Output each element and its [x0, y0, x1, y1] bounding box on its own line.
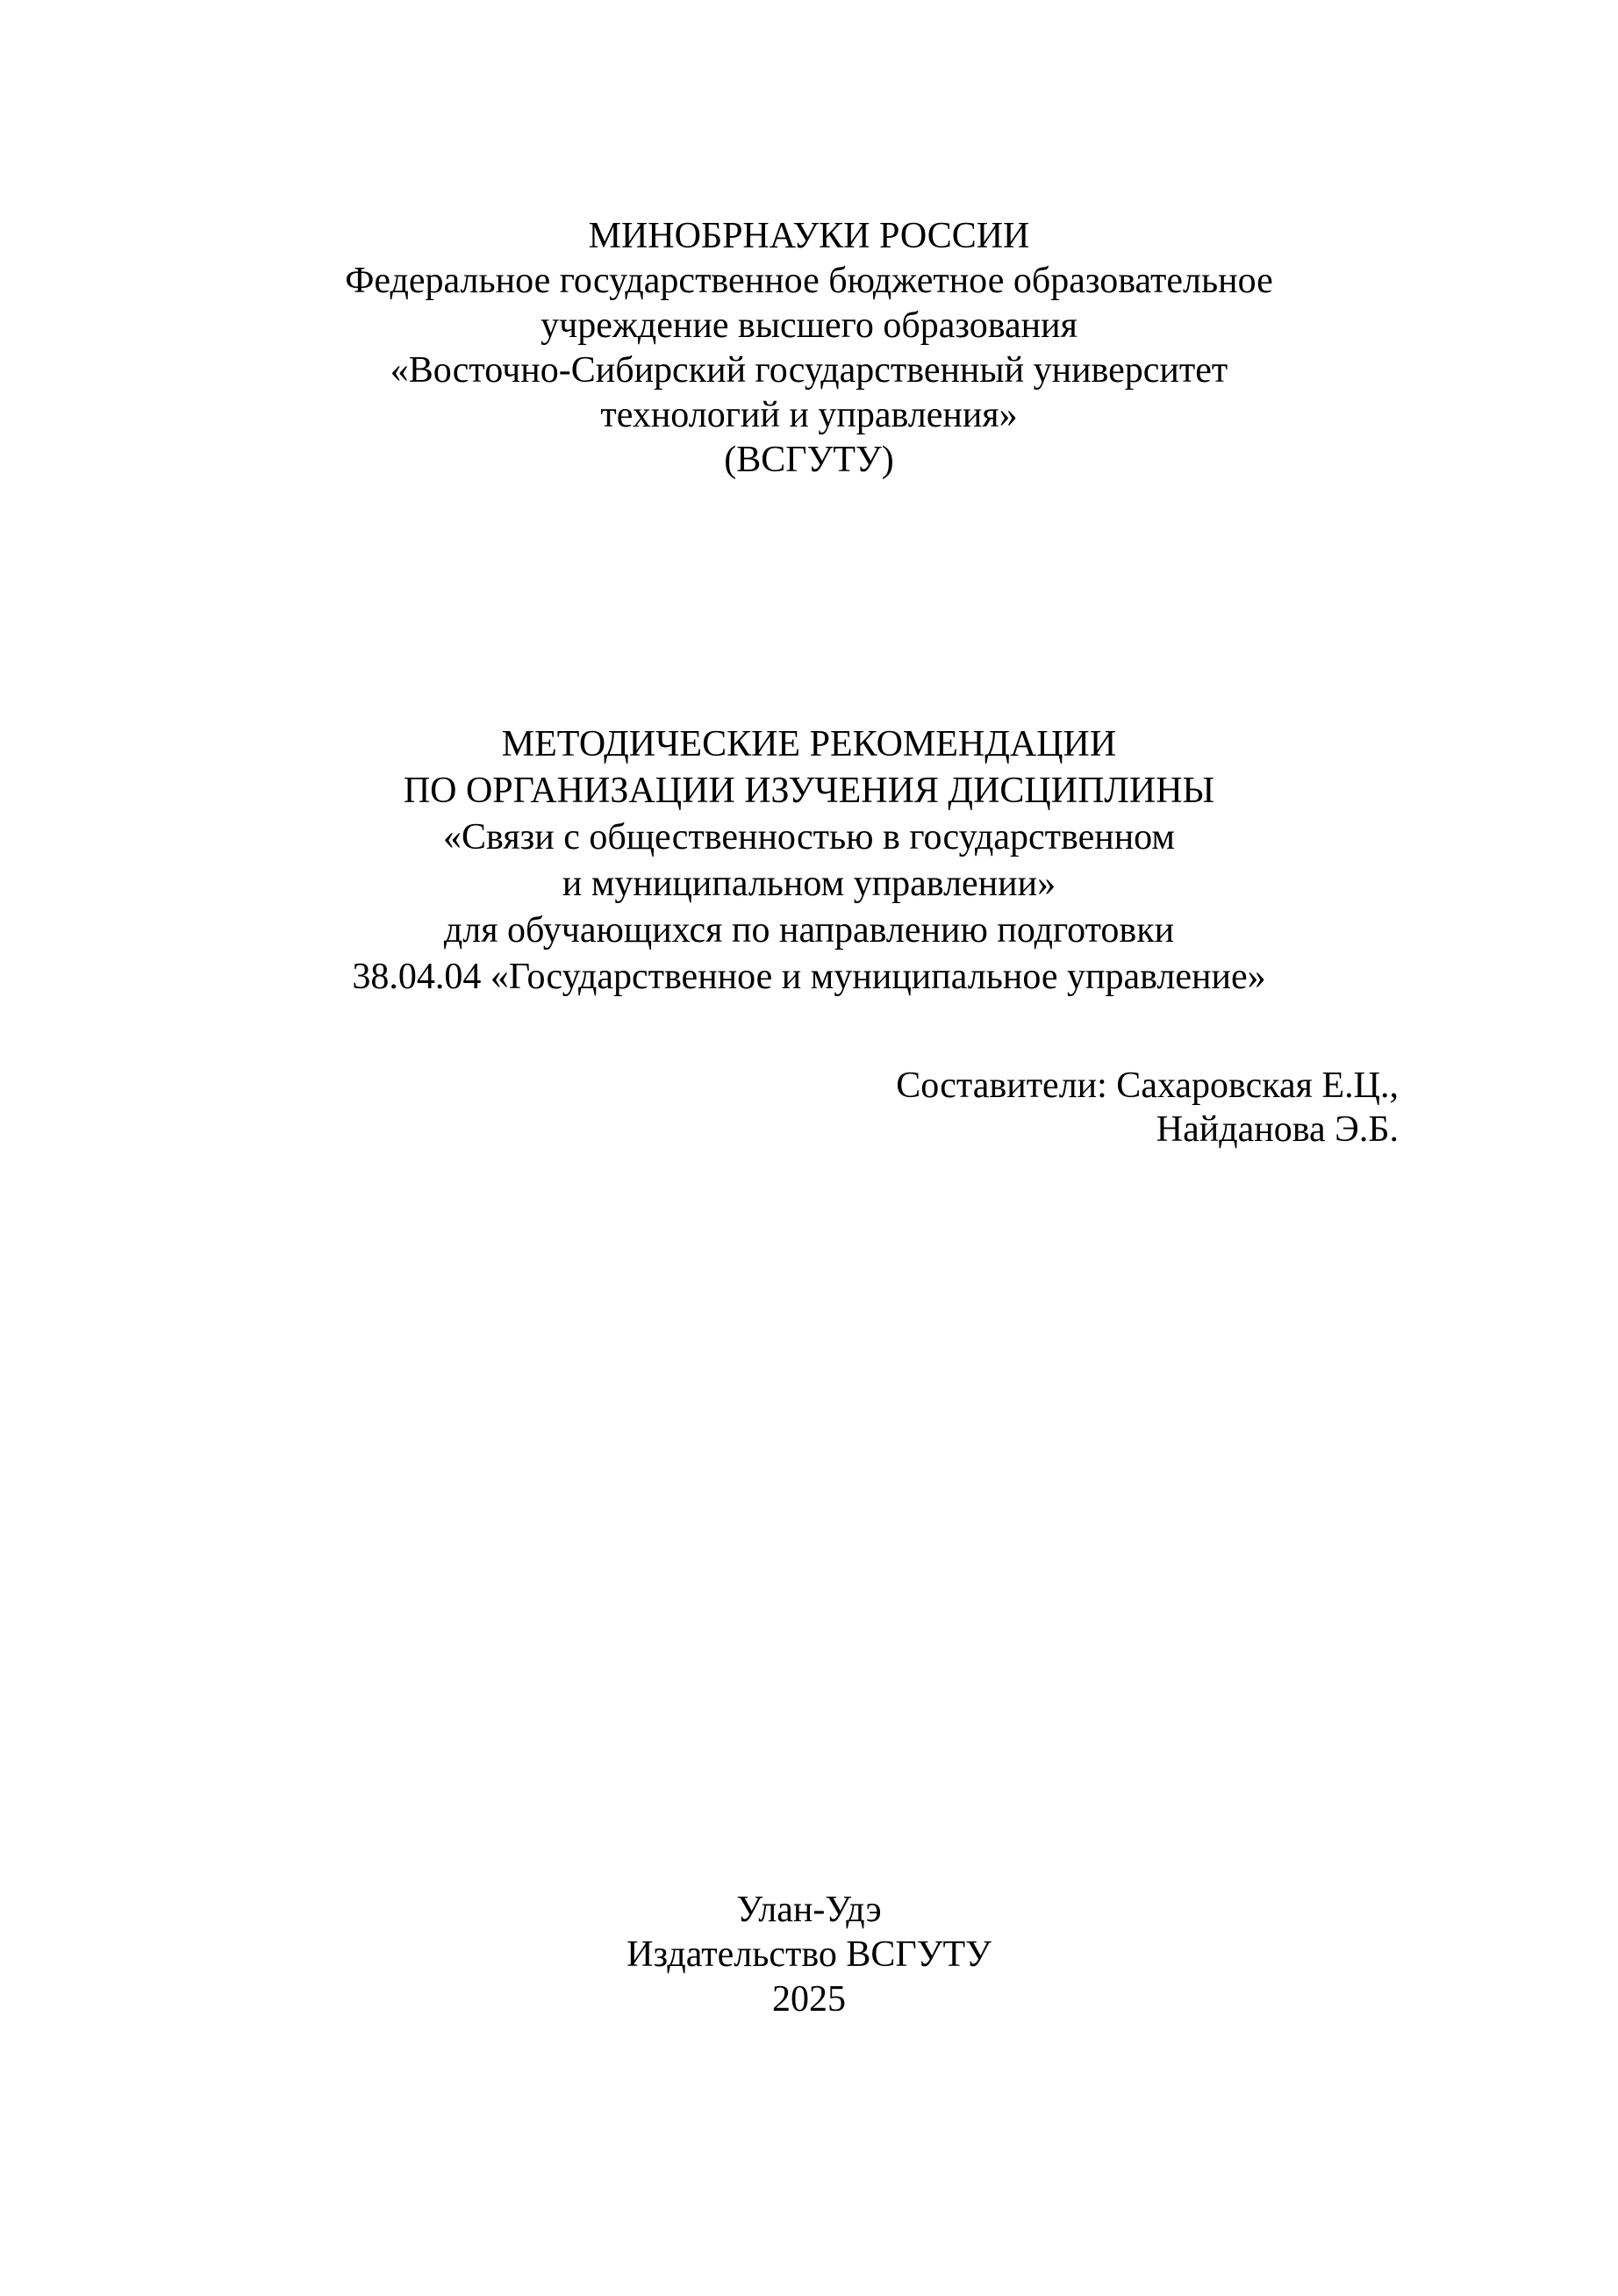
title-page: МИНОБРНАУКИ РОССИИ Федеральное государст…: [0, 0, 1618, 2296]
compilers-line-1: Составители: Сахаровская Е.Ц.,: [896, 1064, 1399, 1108]
city: Улан-Удэ: [0, 1888, 1618, 1933]
discipline-name-line-1: «Связи с общественностью в государственн…: [0, 814, 1618, 861]
university-abbreviation: (ВСГУТУ): [0, 438, 1618, 483]
title-line-2: ПО ОРГАНИЗАЦИИ ИЗУЧЕНИЯ ДИСЦИПЛИНЫ: [0, 768, 1618, 814]
institution-header: МИНОБРНАУКИ РОССИИ Федеральное государст…: [0, 214, 1618, 483]
university-name-line-2: технологий и управления»: [0, 393, 1618, 438]
title-line-1: МЕТОДИЧЕСКИЕ РЕКОМЕНДАЦИИ: [0, 721, 1618, 768]
compilers: Составители: Сахаровская Е.Ц., Найданова…: [896, 1064, 1399, 1152]
program-code-line: 38.04.04 «Государственное и муниципально…: [0, 954, 1618, 1001]
document-title: МЕТОДИЧЕСКИЕ РЕКОМЕНДАЦИИ ПО ОРГАНИЗАЦИИ…: [0, 721, 1618, 1001]
publisher: Издательство ВСГУТУ: [0, 1933, 1618, 1977]
university-name-line-1: «Восточно-Сибирский государственный унив…: [0, 348, 1618, 393]
year: 2025: [0, 1977, 1618, 2022]
audience-line: для обучающихся по направлению подготовк…: [0, 908, 1618, 954]
discipline-name-line-2: и муниципальном управлении»: [0, 861, 1618, 908]
ministry-line: МИНОБРНАУКИ РОССИИ: [0, 214, 1618, 259]
imprint: Улан-Удэ Издательство ВСГУТУ 2025: [0, 1888, 1618, 2022]
institution-type-line-2: учреждение высшего образования: [0, 304, 1618, 348]
compilers-line-2: Найданова Э.Б.: [896, 1108, 1399, 1152]
institution-type-line-1: Федеральное государственное бюджетное об…: [0, 259, 1618, 304]
